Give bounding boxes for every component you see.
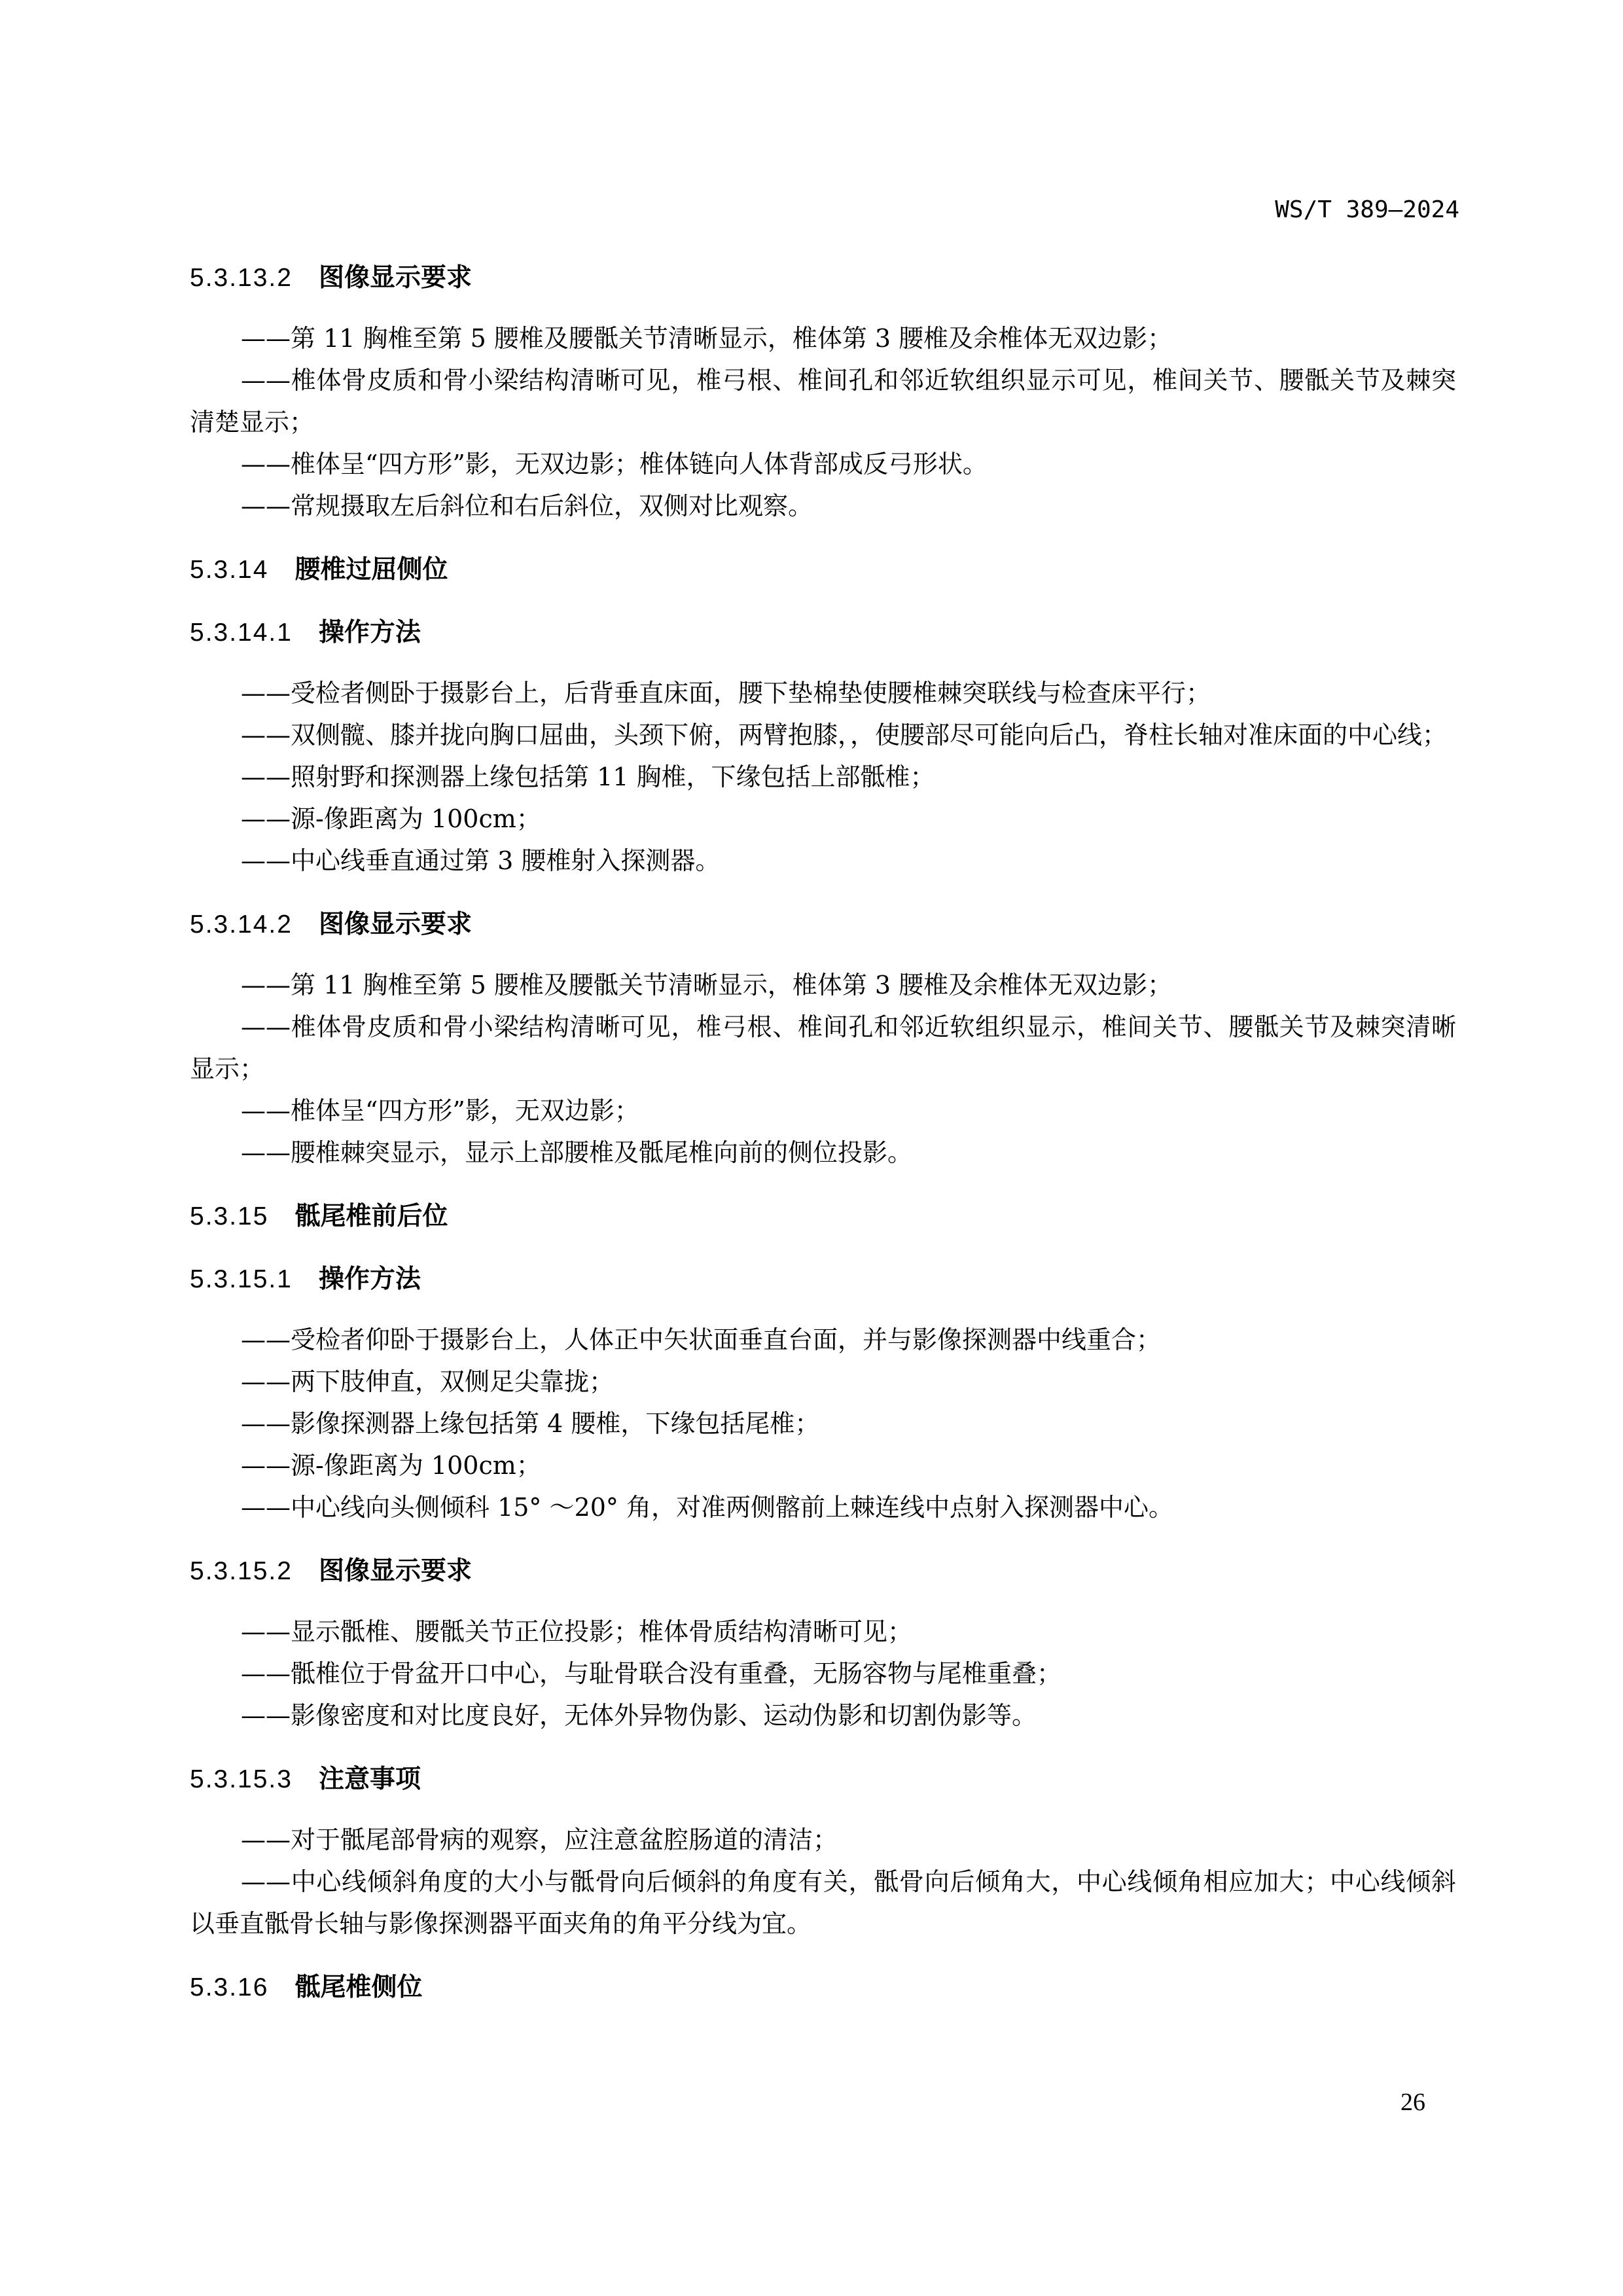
list-item: ——影像探测器上缘包括第 4 腰椎，下缘包括尾椎； bbox=[190, 1403, 1456, 1444]
list-item: ——两下肢伸直，双侧足尖靠拢； bbox=[190, 1361, 1456, 1403]
section-title: 骶尾椎前后位 bbox=[294, 1202, 448, 1230]
section-title: 图像显示要求 bbox=[319, 1557, 472, 1585]
list-item: ——源-像距离为 100cm； bbox=[190, 1444, 1456, 1486]
document-page: WS/T 389—2024 5.3.13.2图像显示要求 ——第 11 胸椎至第… bbox=[0, 0, 1623, 2296]
section-number: 5.3.14.2 bbox=[190, 905, 293, 944]
section-number: 5.3.15 bbox=[190, 1197, 268, 1236]
section-number: 5.3.13.2 bbox=[190, 259, 293, 298]
section-number: 5.3.14 bbox=[190, 550, 268, 590]
list-item: ——中心线垂直通过第 3 腰椎射入探测器。 bbox=[190, 840, 1456, 882]
section-heading: 5.3.14.1操作方法 bbox=[190, 613, 1456, 653]
section-heading: 5.3.15.3注意事项 bbox=[190, 1760, 1456, 1799]
section-number: 5.3.15.2 bbox=[190, 1552, 293, 1591]
section-heading: 5.3.15.1操作方法 bbox=[190, 1260, 1456, 1299]
section-number: 5.3.15.1 bbox=[190, 1260, 293, 1299]
standard-code: WS/T 389—2024 bbox=[1275, 196, 1459, 223]
list-item: ——椎体呈“四方形”影，无双边影；椎体链向人体背部成反弓形状。 bbox=[190, 443, 1456, 485]
section-title: 骶尾椎侧位 bbox=[294, 1973, 422, 2001]
list-item: ——照射野和探测器上缘包括第 11 胸椎，下缘包括上部骶椎； bbox=[190, 756, 1456, 798]
list-item: ——第 11 胸椎至第 5 腰椎及腰骶关节清晰显示，椎体第 3 腰椎及余椎体无双… bbox=[190, 317, 1456, 359]
section-heading: 5.3.14腰椎过屈侧位 bbox=[190, 550, 1456, 590]
section-number: 5.3.14.1 bbox=[190, 613, 293, 653]
list-item: ——受检者侧卧于摄影台上，后背垂直床面，腰下垫棉垫使腰椎棘突联线与检查床平行； bbox=[190, 672, 1456, 714]
section-number: 5.3.16 bbox=[190, 1968, 268, 2007]
section-number: 5.3.15.3 bbox=[190, 1760, 293, 1799]
list-item: ——椎体骨皮质和骨小梁结构清晰可见，椎弓根、椎间孔和邻近软组织显示，椎间关节、腰… bbox=[190, 1006, 1456, 1090]
list-item: ——中心线向头侧倾科 15° ～20° 角，对准两侧髂前上棘连线中点射入探测器中… bbox=[190, 1486, 1456, 1528]
section-title: 图像显示要求 bbox=[319, 264, 472, 292]
list-item: ——中心线倾斜角度的大小与骶骨向后倾斜的角度有关，骶骨向后倾角大，中心线倾角相应… bbox=[190, 1861, 1456, 1945]
list-item: ——显示骶椎、腰骶关节正位投影；椎体骨质结构清晰可见； bbox=[190, 1611, 1456, 1653]
section-heading: 5.3.15骶尾椎前后位 bbox=[190, 1197, 1456, 1236]
list-item: ——受检者仰卧于摄影台上，人体正中矢状面垂直台面，并与影像探测器中线重合； bbox=[190, 1319, 1456, 1361]
section-title: 图像显示要求 bbox=[319, 910, 472, 939]
list-item: ——第 11 胸椎至第 5 腰椎及腰骶关节清晰显示，椎体第 3 腰椎及余椎体无双… bbox=[190, 964, 1456, 1006]
section-title: 注意事项 bbox=[319, 1765, 421, 1793]
document-body: 5.3.13.2图像显示要求 ——第 11 胸椎至第 5 腰椎及腰骶关节清晰显示… bbox=[190, 259, 1456, 2007]
list-item: ——源-像距离为 100cm； bbox=[190, 798, 1456, 840]
section-heading: 5.3.13.2图像显示要求 bbox=[190, 259, 1456, 298]
section-heading: 5.3.14.2图像显示要求 bbox=[190, 905, 1456, 944]
list-item: ——影像密度和对比度良好，无体外异物伪影、运动伪影和切割伪影等。 bbox=[190, 1695, 1456, 1736]
list-item: ——对于骶尾部骨病的观察，应注意盆腔肠道的清洁； bbox=[190, 1819, 1456, 1861]
page-number: 26 bbox=[1400, 2088, 1425, 2117]
list-item: ——骶椎位于骨盆开口中心，与耻骨联合没有重叠，无肠容物与尾椎重叠； bbox=[190, 1653, 1456, 1695]
list-item: ——椎体骨皮质和骨小梁结构清晰可见，椎弓根、椎间孔和邻近软组织显示可见，椎间关节… bbox=[190, 359, 1456, 443]
list-item: ——常规摄取左后斜位和右后斜位，双侧对比观察。 bbox=[190, 485, 1456, 527]
section-title: 腰椎过屈侧位 bbox=[294, 556, 448, 584]
section-heading: 5.3.15.2图像显示要求 bbox=[190, 1552, 1456, 1591]
list-item: ——双侧髋、膝并拢向胸口屈曲，头颈下俯，两臂抱膝，，使腰部尽可能向后凸，脊柱长轴… bbox=[190, 714, 1456, 756]
section-title: 操作方法 bbox=[319, 619, 421, 647]
section-heading: 5.3.16骶尾椎侧位 bbox=[190, 1968, 1456, 2007]
list-item: ——腰椎棘突显示，显示上部腰椎及骶尾椎向前的侧位投影。 bbox=[190, 1132, 1456, 1174]
list-item: ——椎体呈“四方形”影，无双边影； bbox=[190, 1090, 1456, 1132]
section-title: 操作方法 bbox=[319, 1265, 421, 1293]
